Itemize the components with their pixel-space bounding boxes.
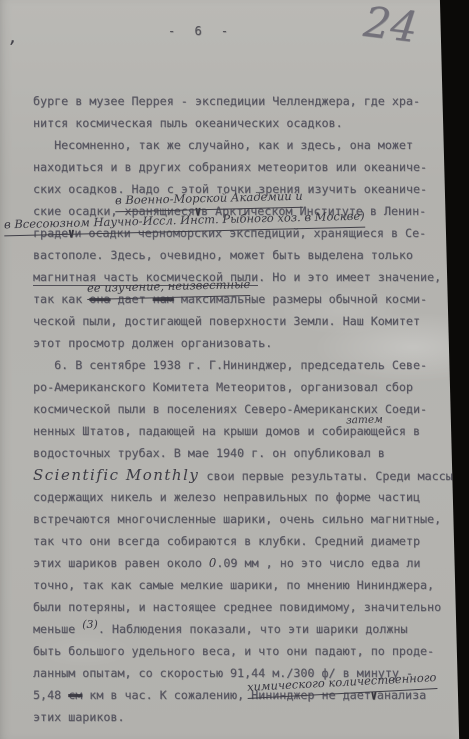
typed-text: были потеряны, и настоящее среднее повид…	[33, 600, 441, 614]
typed-text: ческой пыли, достигающей поверхности Зем…	[33, 314, 420, 328]
typed-text: меньше	[33, 622, 82, 636]
corner-pencil-number: 24	[361, 0, 420, 52]
typed-text: этих шариков равен около	[33, 556, 209, 570]
typed-line: этих шариков.	[33, 706, 445, 728]
typed-line: ческой пыли, достигающей поверхности Зем…	[33, 310, 445, 332]
typed-line: бурге в музее Перрея - экспедиции Челлен…	[33, 90, 445, 112]
typed-line: затемненных Штатов, падающей на крыши до…	[33, 420, 445, 442]
typed-line: ее изучение, неизвестныетак как она дает…	[33, 288, 445, 310]
margin-tick-mark: ’	[5, 37, 18, 58]
page-number: - 6 -	[168, 24, 234, 38]
handwritten-annotation: затем	[346, 409, 383, 432]
typed-line: находиться и в других собраниях метеорит…	[33, 156, 445, 178]
handwritten-annotation: ее изучение, неизвестные	[86, 273, 250, 300]
handwritten-text: Scientific Monthly	[33, 466, 199, 484]
typed-text: встречаются многочисленные шарики, очень…	[33, 512, 441, 526]
typed-line: вастополе. Здесь, очевидно, может быть в…	[33, 244, 445, 266]
typed-line: химического количественного5,48 см км в …	[33, 684, 445, 706]
typed-line: Несомненно, так же случайно, как и здесь…	[33, 134, 445, 156]
typed-line: встречаются многочисленные шарики, очень…	[33, 508, 445, 530]
typed-line: были потеряны, и настоящее среднее повид…	[33, 596, 445, 618]
typed-text: так как	[33, 292, 89, 306]
typed-line: этот просмотр должен организовать.	[33, 332, 445, 354]
typed-text: бурге в музее Перрея - экспедиции Челлен…	[33, 94, 420, 108]
typed-text: водосточных трубах. В мае 1940 г. он опу…	[33, 446, 385, 460]
handwritten-text: (3)	[82, 618, 98, 631]
typed-text: 5,48	[33, 688, 68, 702]
typed-line: меньше (3). Наблюдения показали, что эти…	[33, 618, 445, 640]
typed-text: нится космическая пыль океанических осад…	[33, 116, 343, 130]
typed-text: Несомненно, так же случайно, как и здесь…	[54, 138, 413, 152]
document-body: бурге в музее Перрея - экспедиции Челлен…	[33, 90, 445, 728]
typed-line: водосточных трубах. В мае 1940 г. он опу…	[33, 442, 445, 464]
typed-text: точно, так как самые мелкие шарики, по м…	[33, 578, 434, 592]
typed-line: содержащих никель и железо неправильных …	[33, 486, 445, 508]
typed-line: космической пыли в поселениях Северо-Аме…	[33, 398, 445, 420]
scanned-document-page: - 6 - 24 ’ бурге в музее Перрея - экспед…	[0, 0, 469, 739]
typed-text: . Но и это имеет значение,	[258, 270, 441, 284]
typed-text: содержащих никель и железо неправильных …	[33, 490, 420, 504]
typed-line: нится космическая пыль океанических осад…	[33, 112, 445, 134]
typed-text: см	[68, 688, 82, 702]
typed-line: быть большого удельного веса, и что они …	[33, 640, 445, 662]
typed-line: так что они всегда собираются в клубки. …	[33, 530, 445, 552]
typed-line: точно, так как самые мелкие шарики, по м…	[33, 574, 445, 596]
typed-text: так что они всегда собираются в клубки. …	[33, 534, 420, 548]
typed-line: 6. В сентябре 1938 г. Г.Нининджер, предс…	[33, 354, 445, 376]
typed-line: в Всесоюзном Научно-Иссл. Инст. Рыбного …	[33, 222, 445, 244]
typed-text: вастополе. Здесь, очевидно, может быть в…	[33, 248, 413, 262]
typed-text: быть большого удельного веса, и что они …	[33, 644, 434, 658]
typed-text: этих шариков.	[33, 710, 124, 724]
typed-text: ро-Американского Комитета Метеоритов, ор…	[33, 380, 413, 394]
typed-text: находиться и в других собраниях метеорит…	[33, 160, 427, 174]
paper-sheet: - 6 - 24 ’ бурге в музее Перрея - экспед…	[0, 0, 469, 739]
typed-line: этих шариков равен около 0.09 мм , но эт…	[33, 552, 445, 574]
typed-text: этот просмотр должен организовать.	[33, 336, 272, 350]
typed-text: свои первые результаты. Среди массы	[199, 469, 452, 483]
typed-text: .09 мм , но это число едва ли	[216, 556, 420, 570]
typed-text: 6. В сентябре 1938 г. Г.Нининджер, предс…	[54, 358, 427, 372]
typed-line: ро-Американского Комитета Метеоритов, ор…	[33, 376, 445, 398]
typed-text: . Наблюдения показали, что эти шарики до…	[98, 622, 408, 636]
typed-line: Scientific Monthly свои первые результат…	[33, 464, 445, 486]
